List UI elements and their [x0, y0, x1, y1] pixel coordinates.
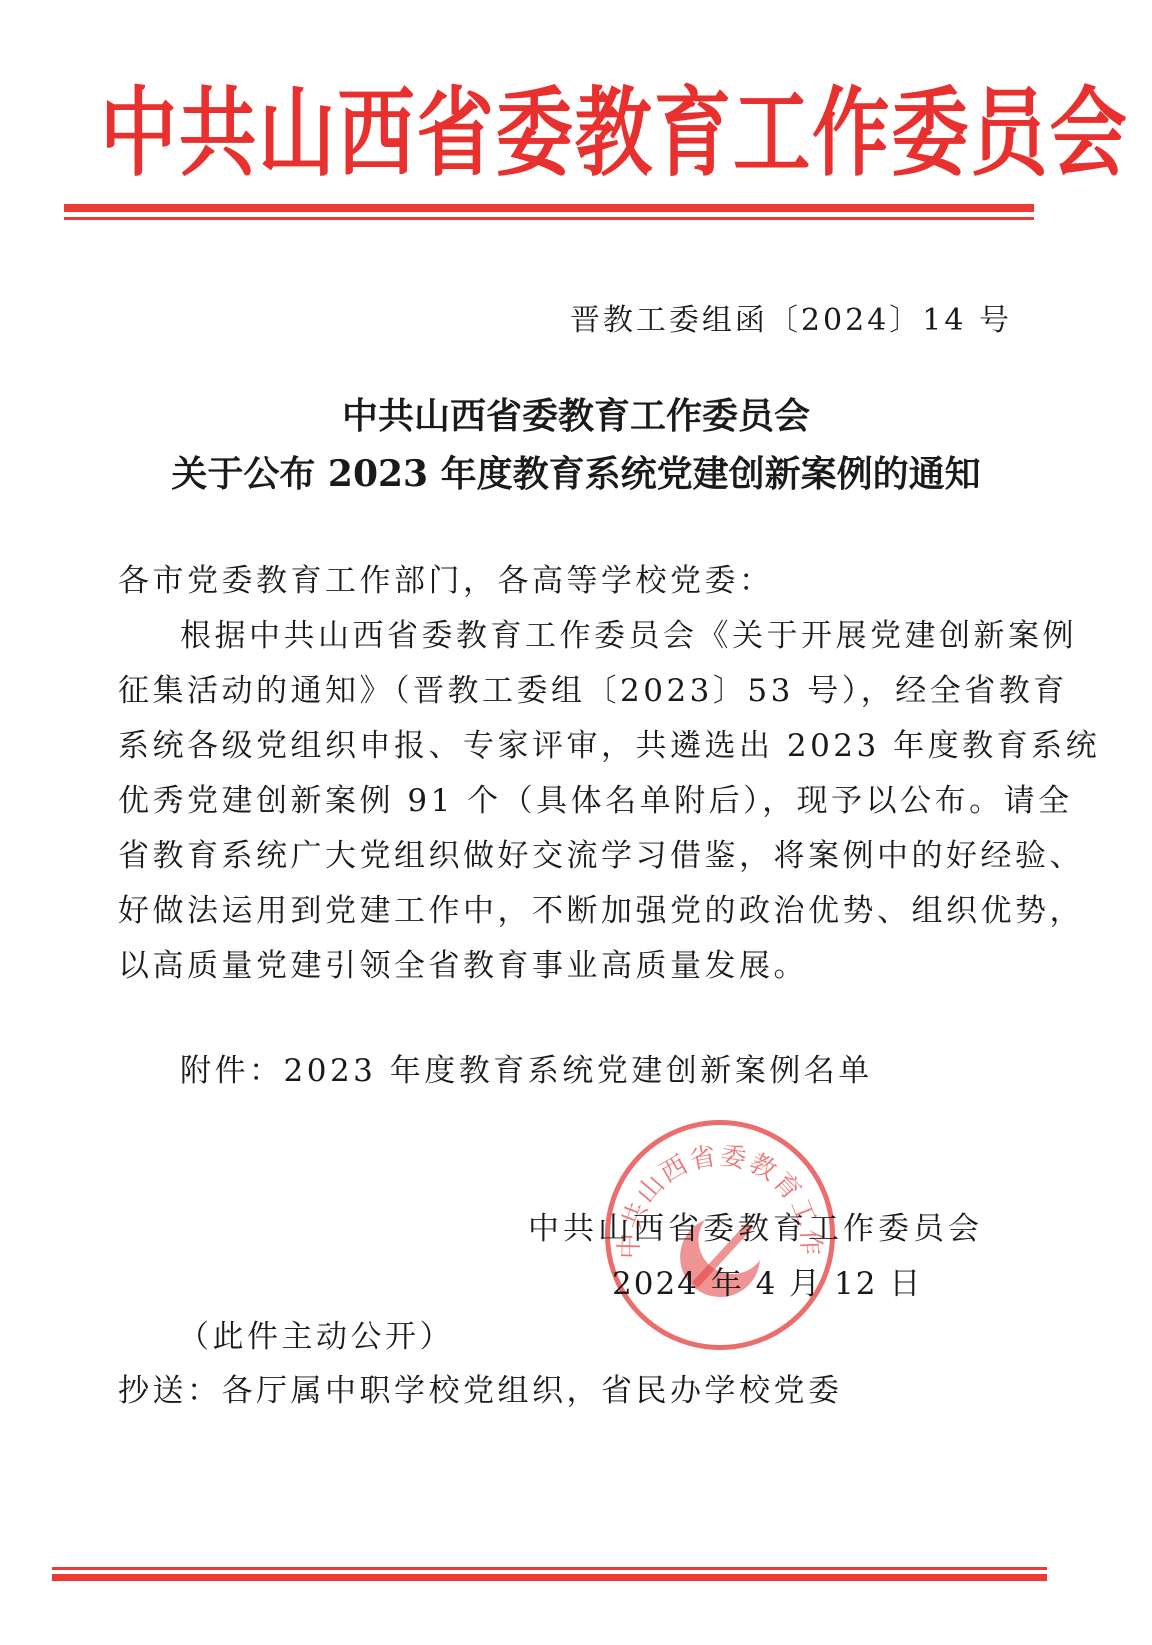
disclosure-note: （此件主动公开）: [178, 1311, 454, 1356]
document-number: 晋教工委组函〔2024〕14 号: [570, 295, 1012, 339]
issue-date: 2024 年 4 月 12 日: [612, 1258, 922, 1303]
masthead-rule-thin: [64, 217, 1034, 220]
body-line: 好做法运用到党建工作中，不断加强党的政治优势、组织优势，: [118, 885, 1084, 930]
masthead-rule-thick: [64, 204, 1034, 212]
footer-rule-thin: [52, 1567, 1047, 1570]
body-line: 优秀党建创新案例 91 个（具体名单附后），现予以公布。请全: [118, 775, 1073, 820]
salutation: 各市党委教育工作部门，各高等学校党委：: [118, 555, 774, 600]
document-title-line1: 中共山西省委教育工作委员会: [0, 388, 1152, 439]
cc-list: 抄送：各厅属中职学校党组织，省民办学校党委: [118, 1365, 843, 1410]
attachment-note: 附件：2023 年度教育系统党建创新案例名单: [180, 1045, 873, 1090]
body-line: 系统各级党组织申报、专家评审，共遴选出 2023 年度教育系统: [118, 720, 1100, 765]
body-line: 省教育系统广大党组织做好交流学习借鉴，将案例中的好经验、: [118, 830, 1084, 875]
body-line: 根据中共山西省委教育工作委员会《关于开展党建创新案例: [180, 610, 1077, 655]
body-line: 征集活动的通知》（晋教工委组〔2023〕53 号），经全省教育: [118, 665, 1068, 710]
signing-organization: 中共山西省委教育工作委员会: [528, 1203, 983, 1248]
document-title-line2: 关于公布 2023 年度教育系统党建创新案例的通知: [0, 446, 1152, 497]
footer-rule-thick: [52, 1574, 1047, 1581]
body-line: 以高质量党建引领全省教育事业高质量发展。: [118, 940, 808, 985]
issuer-masthead: 中共山西省委教育工作委员会: [100, 70, 1020, 197]
